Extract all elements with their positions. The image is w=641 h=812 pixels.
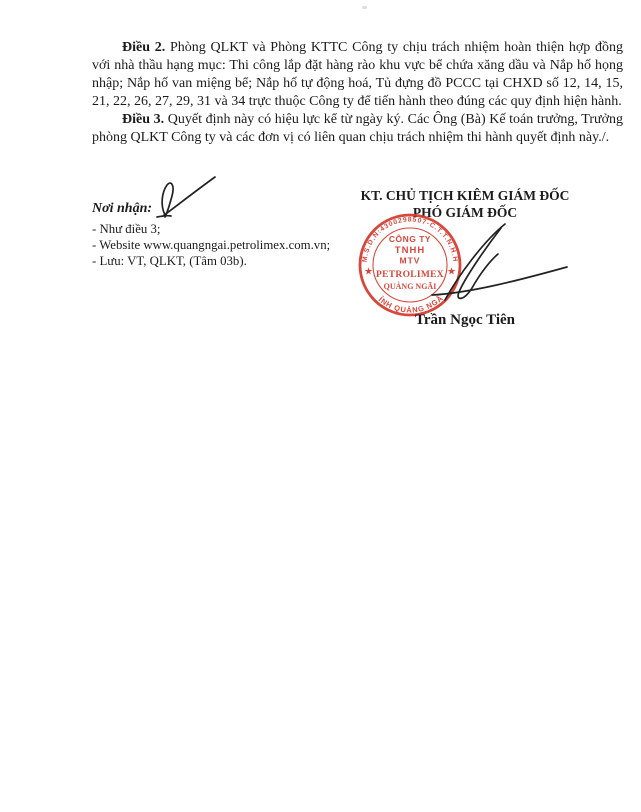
recipient-item: - Website www.quangngai.petrolimex.com.v…: [92, 237, 352, 253]
scan-speck-artifact: [362, 6, 367, 9]
signer-name: Trần Ngọc Tiên: [330, 312, 600, 329]
initial-loop-stroke: [162, 183, 173, 217]
handwritten-signature: [408, 214, 578, 310]
paragraph-dieu-3: Điều 3. Quyết định này có hiệu lực kể từ…: [92, 111, 623, 147]
paragraph-dieu-2-lead: Điều 2.: [122, 40, 165, 55]
paragraph-dieu-2-text: Phòng QLKT và Phòng KTTC Công ty chịu tr…: [92, 40, 623, 109]
pen-initial-mark: [147, 171, 225, 221]
stamp-star-left-icon: ★: [365, 266, 374, 276]
initial-base-stroke: [157, 216, 171, 217]
document-body: Điều 2. Phòng QLKT và Phòng KTTC Công ty…: [92, 39, 623, 148]
signature-horizontal-swoosh-stroke: [432, 267, 567, 295]
recipient-item: - Lưu: VT, QLKT, (Tâm 03b).: [92, 253, 352, 269]
paragraph-dieu-3-text: Quyết định này có hiệu lực kể từ ngày ký…: [92, 112, 623, 145]
scanned-document-page: Điều 2. Phòng QLKT và Phòng KTTC Công ty…: [0, 0, 641, 812]
signature-title-line1: KT. CHỦ TỊCH KIÊM GIÁM ĐỐC: [330, 187, 600, 204]
paragraph-dieu-3-lead: Điều 3.: [122, 112, 164, 127]
paragraph-dieu-2: Điều 2. Phòng QLKT và Phòng KTTC Công ty…: [92, 39, 623, 111]
recipient-item: - Như điều 3;: [92, 221, 352, 237]
